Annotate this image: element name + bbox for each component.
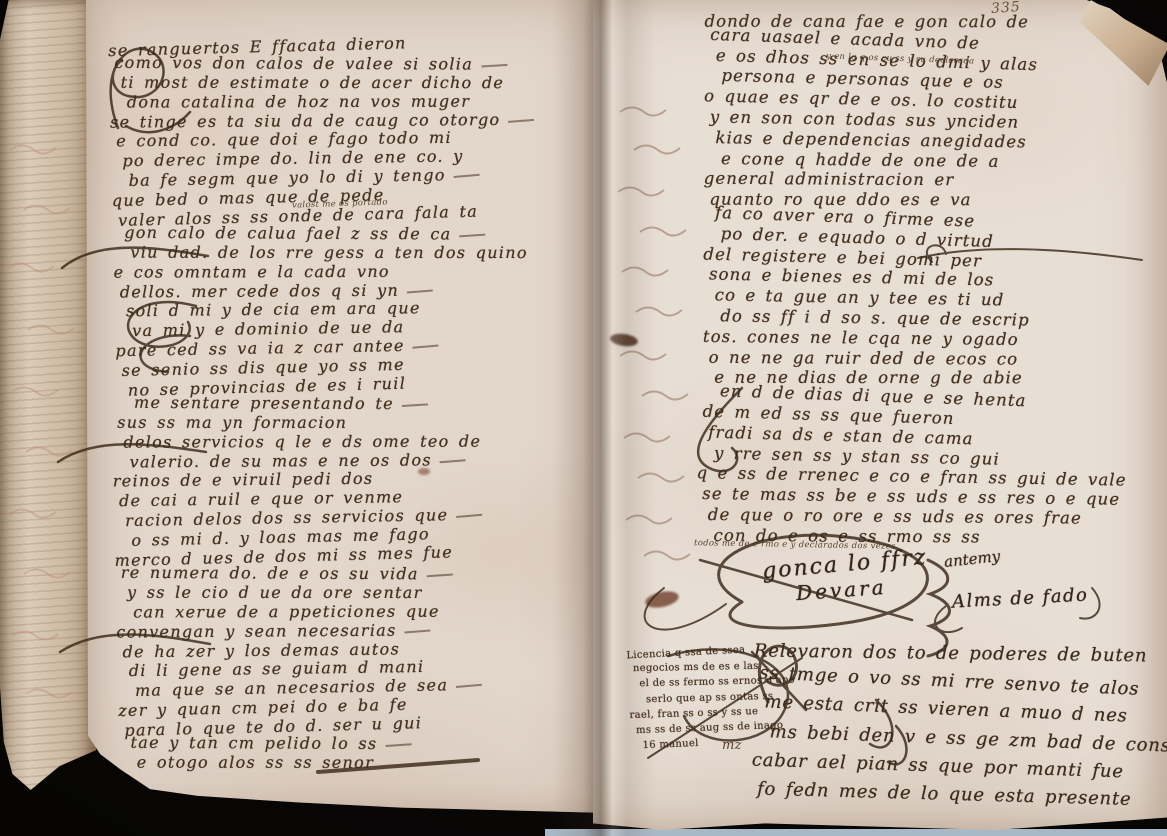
manuscript-line: dona catalina de hoz na vos muger [127, 92, 579, 112]
manuscript-line: o ne ne ga ruir ded de ecos co [709, 347, 1145, 369]
manuscript-line: y ss le cio d ue da ore sentar [127, 584, 584, 603]
fore-edge-page-stack [0, 0, 96, 798]
manuscript-line: general administracion er [704, 169, 1148, 191]
manuscript-line: ti most de estimate o de acer dicho de [121, 73, 579, 92]
manuscript-line: e otogo alos ss ss senor [137, 753, 586, 772]
manuscript-line: can xerue de a ppeticiones que [133, 602, 584, 622]
manuscript-photo: 335 se ranguertos E ffacata dieroncomo v… [0, 0, 1167, 836]
bottom-scale-strip [545, 829, 1167, 836]
ink-stain [418, 468, 430, 475]
left-page-text: se ranguertos E ffacata dieroncomo vos d… [108, 34, 586, 776]
manuscript-line: me sentare presentando te [134, 394, 582, 415]
manuscript-line: como vos don calos de valee si solia [114, 54, 578, 75]
manuscript-line: re numera do. de e os su vida [121, 564, 584, 585]
manuscript-line: sus ss ma yn formacion [117, 414, 582, 433]
marginal-note: Licencia q ssa de sseanegocios ms de es … [626, 643, 765, 754]
manuscript-line: tos. cones ne le cqa ne y ogado [703, 327, 1145, 351]
right-page-text: dondo de cana fae e gon calo decara uasa… [695, 8, 1150, 550]
manuscript-line: e cos omntam e la cada vno [114, 262, 581, 282]
manuscript-line: delos servicios q le e ds ome teo de [123, 432, 582, 452]
manuscript-line: gon calo de calua fael z ss de ca [124, 224, 580, 245]
closing-clause-text: Relevaron dos to de poderes de butenss t… [750, 634, 1165, 815]
manuscript-line: tae y tan cm pelido lo ss [131, 734, 586, 755]
manuscript-line: viu dad. de los rre gess a ten dos quino [130, 243, 580, 262]
